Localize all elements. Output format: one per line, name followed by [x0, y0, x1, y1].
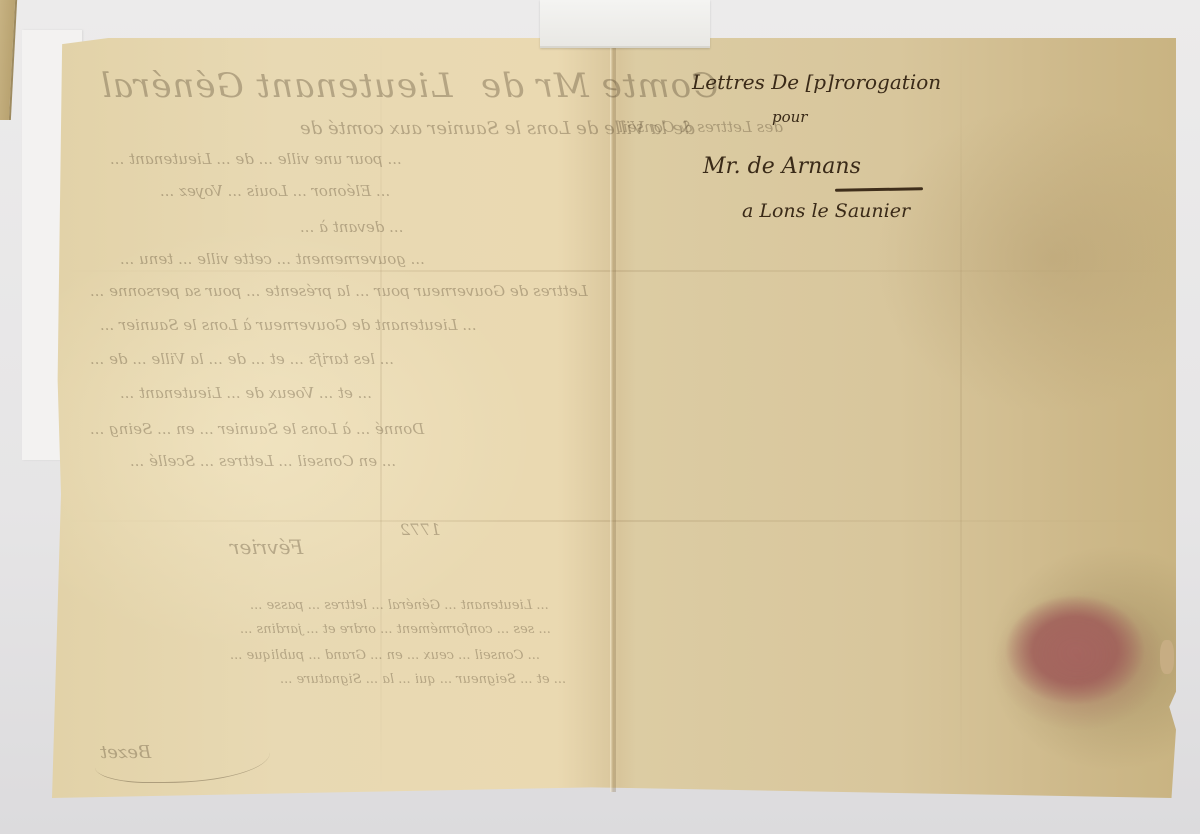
- bleed-line: Donné ... à Lons le Saunier ... en ... S…: [90, 420, 424, 438]
- fold-crease-vertical: [960, 40, 962, 790]
- bleed-lower-line: ... Conseil ... ceux ... en ... Grand ..…: [230, 648, 540, 663]
- paper-slip-tab: [540, 0, 710, 48]
- address-line-2: pour: [772, 108, 807, 126]
- bleed-line: ... et ... Voeux de ... Lieutenant ...: [120, 384, 372, 402]
- bleed-line: ... devant à ...: [300, 218, 403, 236]
- bleed-subheading-right: des Lettres & Conseil: [618, 118, 783, 136]
- adjacent-document-edge: [0, 0, 17, 120]
- address-line-1: Lettres De [p]rorogation: [692, 70, 941, 94]
- bleed-line: ... gouvernement ... cette ville ... ten…: [120, 250, 425, 268]
- bleed-line: ... en Conseil ... Lettres ... Scellé ..…: [130, 452, 396, 470]
- bleed-line: ... les tarifs ... et ... de ... la Vill…: [90, 350, 394, 368]
- bleed-heading-right: Comte Mr de: [480, 66, 718, 106]
- bleed-line: Lettres de Gouverneur pour ... la présen…: [90, 282, 588, 300]
- bleed-line: ... Eléonor ... Louis ... Voyez ...: [160, 182, 390, 200]
- bleed-lower-line: ... et ... Seigneur ... qui ... la ... S…: [280, 672, 566, 687]
- bleed-date: 1772: [400, 520, 441, 539]
- address-line-3: Mr. de Arnans: [703, 154, 861, 179]
- bleed-line: ... Lieutenant de Gouverneur à Lons le S…: [100, 316, 477, 334]
- seal-paper-tear: [1160, 640, 1174, 674]
- address-line-4: a Lons le Saunier: [742, 200, 910, 222]
- center-fold: [610, 40, 616, 792]
- bleed-month: Février: [230, 535, 303, 559]
- bleed-lower-line: ... ses ... conformément ... ordre et ..…: [240, 622, 551, 637]
- bleed-lower-line: ... Lieutenant ... Général ... lettres .…: [250, 598, 549, 613]
- bleed-heading-left: Lieutenant Général: [100, 66, 453, 106]
- bleed-line: ... pour une ville ... de ... Lieutenant…: [110, 150, 402, 168]
